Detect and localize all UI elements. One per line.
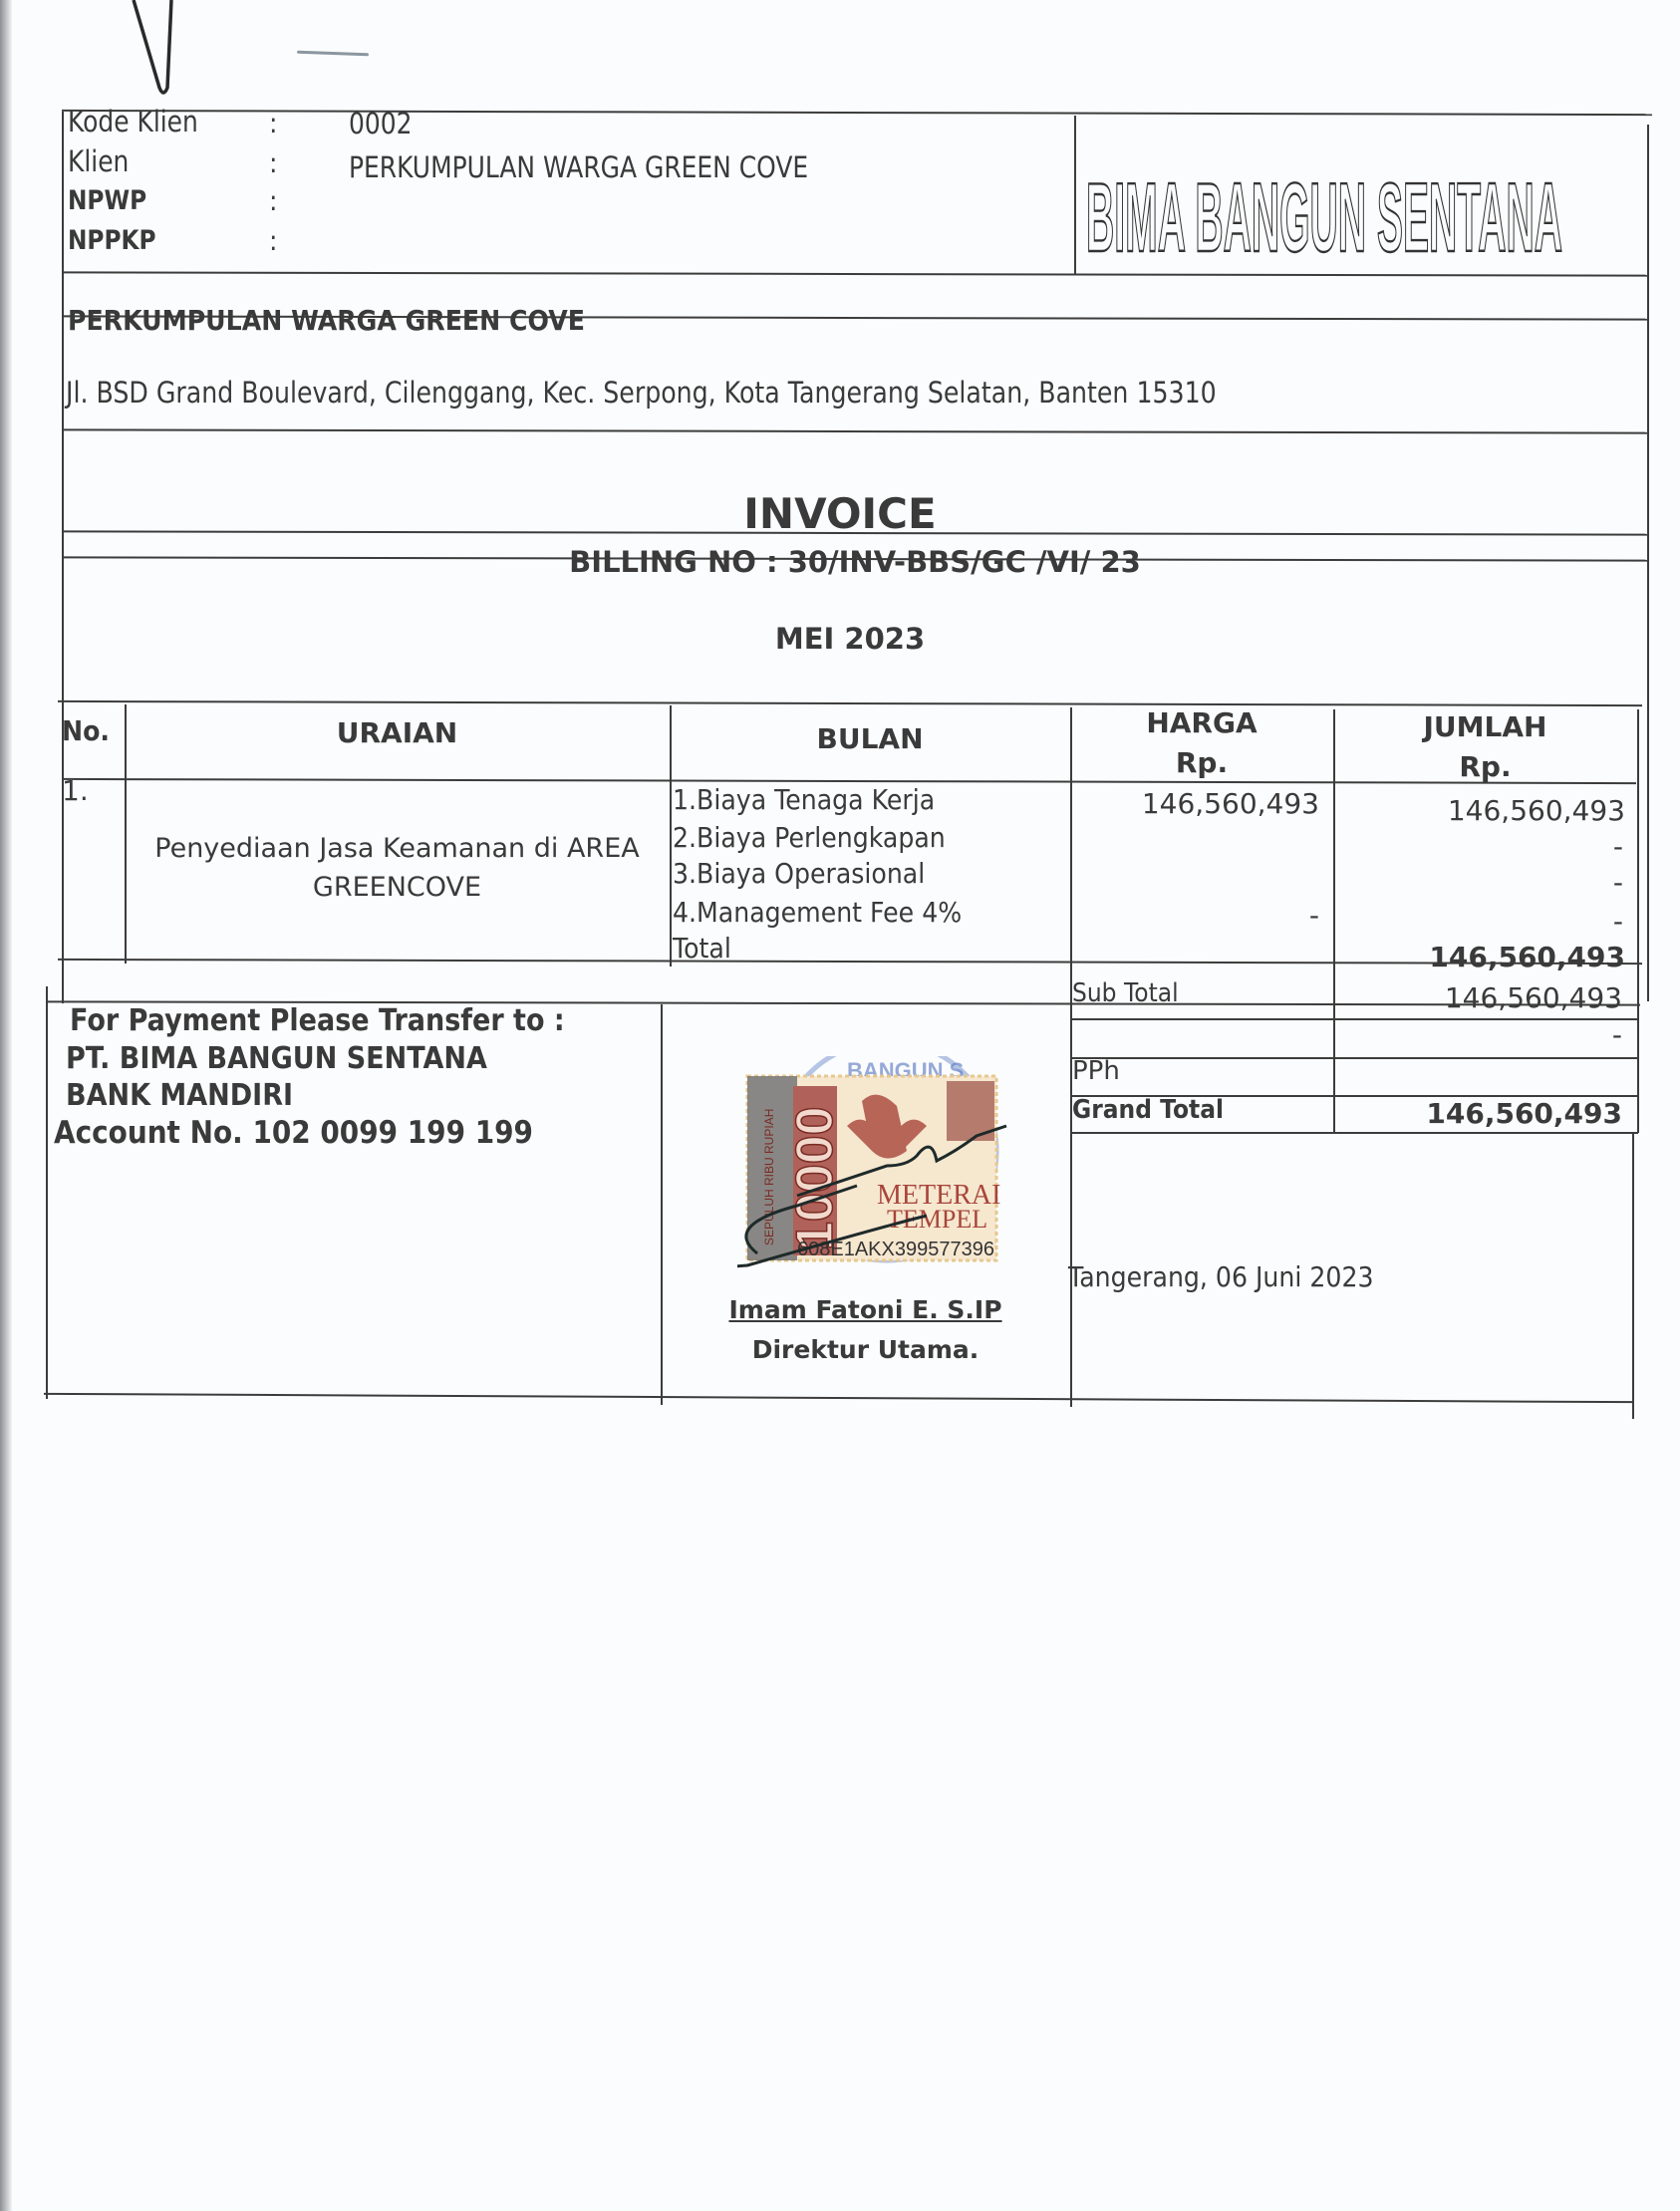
rule bbox=[62, 271, 1649, 276]
client-value: PERKUMPULAN WARGA GREEN COVE bbox=[349, 153, 808, 182]
payee-company: PT. BIMA BANGUN SENTANA bbox=[66, 1044, 487, 1074]
svg-text:BIMA BANGUN SENTANA: BIMA BANGUN SENTANA bbox=[1086, 169, 1562, 259]
header-harga: HARGA bbox=[1070, 709, 1333, 737]
sub-total-value: 146,560,493 bbox=[1333, 984, 1622, 1012]
blank-summary-value: - bbox=[1333, 1021, 1622, 1049]
npwp-sep: : bbox=[269, 187, 278, 215]
rule bbox=[1637, 709, 1639, 1133]
recipient-name: PERKUMPULAN WARGA GREEN COVE bbox=[68, 307, 585, 335]
signatory-name: Imam Fatoni E. S.IP bbox=[661, 1297, 1070, 1322]
account-number: Account No. 102 0099 199 199 bbox=[54, 1118, 533, 1149]
component-harga: - bbox=[1070, 902, 1319, 930]
component-label: Total bbox=[673, 935, 731, 963]
rule bbox=[1070, 1132, 1638, 1134]
rule bbox=[62, 428, 1649, 433]
client-label: Klien bbox=[68, 147, 129, 176]
component-label: 1.Biaya Tenaga Kerja bbox=[673, 786, 935, 814]
header-bulan: BULAN bbox=[670, 725, 1070, 753]
npwp-label: NPWP bbox=[68, 187, 146, 214]
client-code-value: 0002 bbox=[349, 110, 412, 138]
rule bbox=[1632, 1134, 1634, 1419]
rule bbox=[1074, 116, 1076, 275]
invoice-title: INVOICE bbox=[0, 493, 1680, 535]
svg-text:10000: 10000 bbox=[786, 1106, 844, 1250]
client-code-sep: : bbox=[269, 110, 278, 138]
nppkp-sep: : bbox=[269, 227, 278, 255]
component-label: 4.Management Fee 4% bbox=[673, 899, 962, 927]
pph-label: PPh bbox=[1072, 1058, 1120, 1084]
signatory-position: Direktur Utama. bbox=[661, 1337, 1070, 1362]
component-jumlah: - bbox=[1333, 833, 1623, 861]
bank-name: BANK MANDIRI bbox=[66, 1081, 293, 1111]
billing-number: BILLING NO : 30/INV-BBS/GC /VI/ 23 bbox=[0, 548, 1680, 577]
header-harga-unit: Rp. bbox=[1070, 749, 1333, 777]
sub-total-label: Sub Total bbox=[1072, 980, 1179, 1006]
grand-total-value: 146,560,493 bbox=[1333, 1100, 1622, 1128]
paper-clip-icon bbox=[130, 0, 177, 100]
component-label: 2.Biaya Perlengkapan bbox=[673, 824, 946, 852]
rule bbox=[62, 110, 1652, 116]
header-no: No. bbox=[62, 717, 110, 745]
header-jumlah: JUMLAH bbox=[1333, 713, 1637, 741]
place-date: Tangerang, 06 Juni 2023 bbox=[1068, 1263, 1374, 1291]
rule bbox=[1070, 1057, 1638, 1059]
nppkp-label: NPPKP bbox=[68, 227, 155, 254]
item-uraian-line1: Penyediaan Jasa Keamanan di AREA bbox=[125, 835, 670, 862]
svg-text:SEPULUH RIBU RUPIAH: SEPULUH RIBU RUPIAH bbox=[762, 1109, 776, 1245]
rule bbox=[1070, 1018, 1638, 1020]
company-logo: BIMA BANGUN SENTANA bbox=[1086, 169, 1564, 259]
component-label: 3.Biaya Operasional bbox=[673, 860, 925, 888]
component-jumlah: - bbox=[1333, 869, 1623, 897]
rule bbox=[58, 700, 1642, 706]
header-uraian: URAIAN bbox=[125, 719, 670, 747]
recipient-address: Jl. BSD Grand Boulevard, Cilenggang, Kec… bbox=[66, 379, 1217, 408]
rule bbox=[46, 986, 48, 1399]
svg-text:TEMPEL: TEMPEL bbox=[887, 1205, 987, 1234]
item-total: 146,560,493 bbox=[1333, 944, 1625, 971]
component-jumlah: - bbox=[1333, 908, 1623, 936]
header-jumlah-unit: Rp. bbox=[1333, 753, 1637, 781]
rule bbox=[44, 1393, 1634, 1403]
client-sep: : bbox=[269, 149, 278, 177]
revenue-stamp: BANGUN S 10000 SEPULUH RIBU RUPIAH METER… bbox=[737, 1056, 1016, 1270]
component-harga: 146,560,493 bbox=[1070, 790, 1319, 818]
pen-mark bbox=[297, 51, 369, 57]
client-code-label: Kode Klien bbox=[68, 108, 198, 137]
component-jumlah: 146,560,493 bbox=[1333, 797, 1625, 825]
billing-period: MEI 2023 bbox=[0, 625, 1680, 654]
grand-total-label: Grand Total bbox=[1072, 1097, 1224, 1123]
payment-instruction: For Payment Please Transfer to : bbox=[70, 1006, 565, 1036]
item-no: 1. bbox=[62, 777, 89, 805]
item-uraian-line2: GREENCOVE bbox=[125, 874, 670, 901]
scan-edge bbox=[0, 0, 12, 2211]
